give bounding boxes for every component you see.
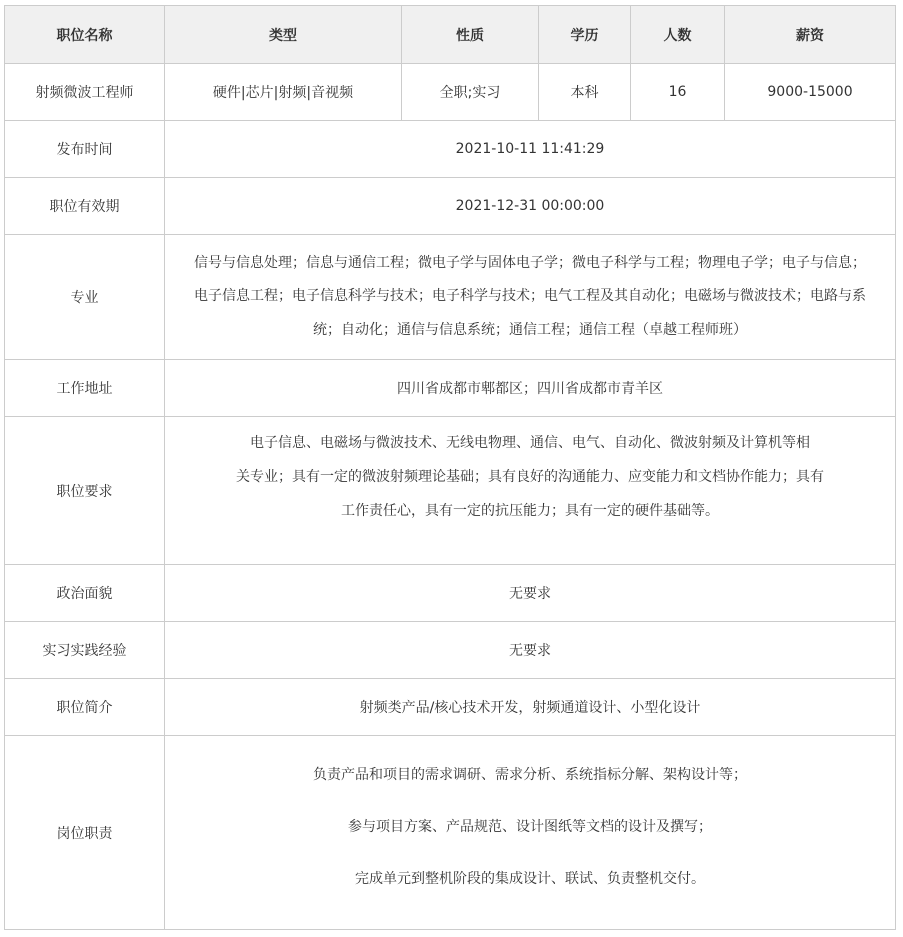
header-type: 类型 — [165, 6, 402, 64]
duties-label: 岗位职责 — [5, 736, 165, 930]
duty-item: 负责产品和项目的需求调研、需求分析、系统指标分解、架构设计等； — [179, 762, 881, 788]
intro-value: 射频类产品/核心技术开发，射频通道设计、小型化设计 — [165, 679, 896, 736]
header-nature: 性质 — [402, 6, 539, 64]
job-detail-table: 职位名称 类型 性质 学历 人数 薪资 射频微波工程师 硬件|芯片|射频|音视频… — [4, 5, 896, 930]
duties-value: 负责产品和项目的需求调研、需求分析、系统指标分解、架构设计等； 参与项目方案、产… — [165, 736, 896, 930]
requirements-line: 电子信息、电磁场与微波技术、无线电物理、通信、电气、自动化、微波射频及计算机等相 — [179, 426, 881, 460]
table-header-row: 职位名称 类型 性质 学历 人数 薪资 — [5, 6, 896, 64]
location-label: 工作地址 — [5, 360, 165, 417]
major-label: 专业 — [5, 235, 165, 360]
major-line: 统；自动化；通信与信息系统；通信工程；通信工程（卓越工程师班） — [179, 314, 881, 348]
internship-experience-row: 实习实践经验 无要求 — [5, 622, 896, 679]
political-status-label: 政治面貌 — [5, 565, 165, 622]
political-status-row: 政治面貌 无要求 — [5, 565, 896, 622]
publish-time-label: 发布时间 — [5, 121, 165, 178]
publish-time-row: 发布时间 2021-10-11 11:41:29 — [5, 121, 896, 178]
valid-until-value: 2021-12-31 00:00:00 — [165, 178, 896, 235]
valid-until-row: 职位有效期 2021-12-31 00:00:00 — [5, 178, 896, 235]
major-line: 电子信息工程；电子信息科学与技术；电子科学与技术；电气工程及其自动化；电磁场与微… — [179, 280, 881, 314]
political-status-value: 无要求 — [165, 565, 896, 622]
position-name: 射频微波工程师 — [5, 64, 165, 121]
position-education: 本科 — [539, 64, 631, 121]
intro-label: 职位简介 — [5, 679, 165, 736]
major-value: 信号与信息处理；信息与通信工程；微电子学与固体电子学；微电子科学与工程；物理电子… — [165, 235, 896, 360]
duties-row: 岗位职责 负责产品和项目的需求调研、需求分析、系统指标分解、架构设计等； 参与项… — [5, 736, 896, 930]
position-type: 硬件|芯片|射频|音视频 — [165, 64, 402, 121]
requirements-row: 职位要求 电子信息、电磁场与微波技术、无线电物理、通信、电气、自动化、微波射频及… — [5, 417, 896, 565]
duty-item: 完成单元到整机阶段的集成设计、联试、负责整机交付。 — [179, 866, 881, 892]
header-headcount: 人数 — [631, 6, 725, 64]
major-line: 信号与信息处理；信息与通信工程；微电子学与固体电子学；微电子科学与工程；物理电子… — [179, 247, 881, 281]
publish-time-value: 2021-10-11 11:41:29 — [165, 121, 896, 178]
requirements-line: 关专业；具有一定的微波射频理论基础；具有良好的沟通能力、应变能力和文档协作能力；… — [179, 460, 881, 494]
internship-experience-label: 实习实践经验 — [5, 622, 165, 679]
position-headcount: 16 — [631, 64, 725, 121]
location-row: 工作地址 四川省成都市郫都区；四川省成都市青羊区 — [5, 360, 896, 417]
valid-until-label: 职位有效期 — [5, 178, 165, 235]
location-value: 四川省成都市郫都区；四川省成都市青羊区 — [165, 360, 896, 417]
header-position-name: 职位名称 — [5, 6, 165, 64]
internship-experience-value: 无要求 — [165, 622, 896, 679]
requirements-line: 工作责任心，具有一定的抗压能力；具有一定的硬件基础等。 — [179, 494, 881, 528]
position-salary: 9000-15000 — [725, 64, 896, 121]
summary-row: 射频微波工程师 硬件|芯片|射频|音视频 全职;实习 本科 16 9000-15… — [5, 64, 896, 121]
requirements-value: 电子信息、电磁场与微波技术、无线电物理、通信、电气、自动化、微波射频及计算机等相… — [165, 417, 896, 565]
requirements-label: 职位要求 — [5, 417, 165, 565]
duty-item: 参与项目方案、产品规范、设计图纸等文档的设计及撰写； — [179, 814, 881, 840]
header-education: 学历 — [539, 6, 631, 64]
position-nature: 全职;实习 — [402, 64, 539, 121]
major-row: 专业 信号与信息处理；信息与通信工程；微电子学与固体电子学；微电子科学与工程；物… — [5, 235, 896, 360]
header-salary: 薪资 — [725, 6, 896, 64]
intro-row: 职位简介 射频类产品/核心技术开发，射频通道设计、小型化设计 — [5, 679, 896, 736]
